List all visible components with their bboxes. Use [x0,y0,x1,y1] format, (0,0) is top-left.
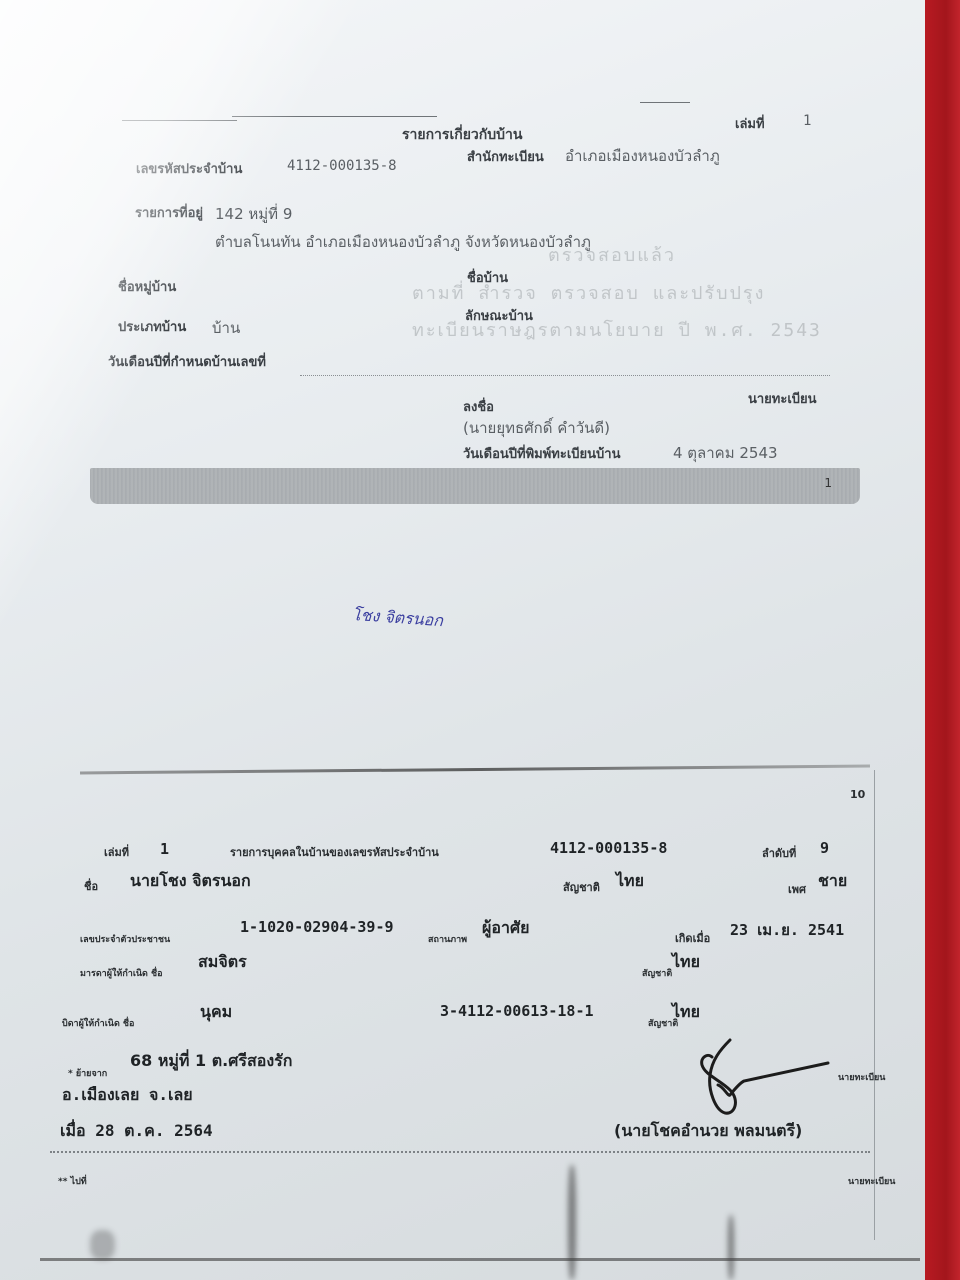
page-footer-band: 1 [90,468,860,504]
number-assigned-date-label: วันเดือนปีที่กำหนดบ้านเลขที่ [108,351,266,372]
name-label: ชื่อ [84,877,98,895]
house-code-label: เลขรหัสประจำบ้าน [136,158,242,179]
address-line-1: 142 หมู่ที่ 9 [215,202,292,226]
address-label: รายการที่อยู่ [135,202,203,223]
print-date-value: 4 ตุลาคม 2543 [673,441,778,465]
name-value: นายโชง จิตรนอก [130,869,251,894]
slip-volume-value: 1 [160,840,169,858]
house-type-value: บ้าน [212,316,240,340]
nationality-value: ไทย [616,869,644,894]
slip-bottom-edge [40,1258,920,1261]
copy-smudge-2 [728,1215,734,1280]
slip-volume-label: เล่มที่ [104,843,129,861]
status-label: สถานภาพ [428,932,467,946]
registrar-signature [690,1035,830,1120]
id-label: เลขประจำตัวประชาชน [80,932,170,946]
sex-value: ชาย [818,869,847,894]
volume-label: เล่มที่ [735,113,765,134]
print-date-label: วันเดือนปีที่พิมพ์ทะเบียนบ้าน [463,443,621,464]
section-title: รายการบุคคลในบ้านของเลขรหัสประจำบ้าน [230,843,439,861]
volume-value: 1 [803,113,811,129]
id-value: 1-1020-02904-39-9 [240,918,394,936]
mother-nationality-label: สัญชาติ [642,966,672,980]
top-rule-2 [232,116,437,117]
order-label: ลำดับที่ [762,844,796,862]
slip-registrar-name: (นายโชคอำนวย พลมนตรี) [614,1119,802,1144]
registry-office-value: อำเภอเมืองหนองบัวลำภู [565,144,720,168]
moved-from-line-2: อ.เมืองเลย จ.เลย [62,1083,193,1108]
registrar-name: (นายยุทธศักดิ์ คำวันดี) [463,416,610,440]
slip-registrar-label-2: นายทะเบียน [848,1174,895,1188]
father-label: บิดาผู้ให้กำเนิด ชื่อ [62,1016,134,1030]
copy-smudge-3 [90,1230,115,1260]
slip-house-code: 4112-000135-8 [550,839,667,857]
moved-from-line-1: 68 หมู่ที่ 1 ต.ศรีสองรัก [130,1049,292,1074]
moved-to-label: ** ไปที่ [58,1174,87,1188]
registry-office-label: สำนักทะเบียน [467,146,544,167]
red-folder-edge [925,0,960,1280]
address-line-2: ตำบลโนนทัน อำเภอเมืองหนองบัวลำภู จังหวัด… [215,230,591,254]
page-number: 1 [824,476,832,490]
order-value: 9 [820,839,829,857]
top-rule-3 [640,102,690,103]
status-value: ผู้อาศัย [482,916,530,941]
dotted-divider [300,375,830,376]
signed-label: ลงชื่อ [463,396,494,417]
moved-from-label: * ย้ายจาก [68,1066,107,1080]
father-nationality: ไทย [672,1000,700,1025]
moved-from-date: เมื่อ 28 ต.ค. 2564 [60,1119,213,1144]
top-rule-1 [122,120,237,121]
slip-dotted-divider [50,1151,870,1153]
house-code-value: 4112-000135-8 [287,158,397,174]
mother-nationality: ไทย [672,950,700,975]
house-record-title: รายการเกี่ยวกับบ้าน [402,124,522,146]
father-id: 3-4112-00613-18-1 [440,1002,594,1020]
born-label: เกิดเมื่อ [675,929,710,947]
bleed-through-stamp-1: ตรวจสอบแล้ว [548,240,676,269]
copy-smudge-1 [568,1165,576,1280]
house-type-label: ประเภทบ้าน [118,316,186,337]
slip-right-edge [874,770,875,1240]
mother-name: สมจิตร [198,950,247,975]
sex-label: เพศ [788,880,806,898]
slip-page-number: 10 [850,788,865,801]
born-value: 23 เม.ย. 2541 [730,918,844,942]
village-name-label: ชื่อหมู่บ้าน [118,276,176,297]
bleed-through-stamp-3: ทะเบียนราษฎรตามนโยบาย ปี พ.ศ. 2543 [412,315,822,344]
mother-label: มารดาผู้ให้กำเนิด ชื่อ [80,966,163,980]
registrar-label: นายทะเบียน [748,388,817,409]
father-name: นุคม [200,1000,232,1025]
nationality-label: สัญชาติ [563,878,600,896]
slip-registrar-label: นายทะเบียน [838,1070,885,1084]
bleed-through-stamp-2: ตามที่ สำรวจ ตรวจสอบ และปรับปรุง [412,278,765,307]
